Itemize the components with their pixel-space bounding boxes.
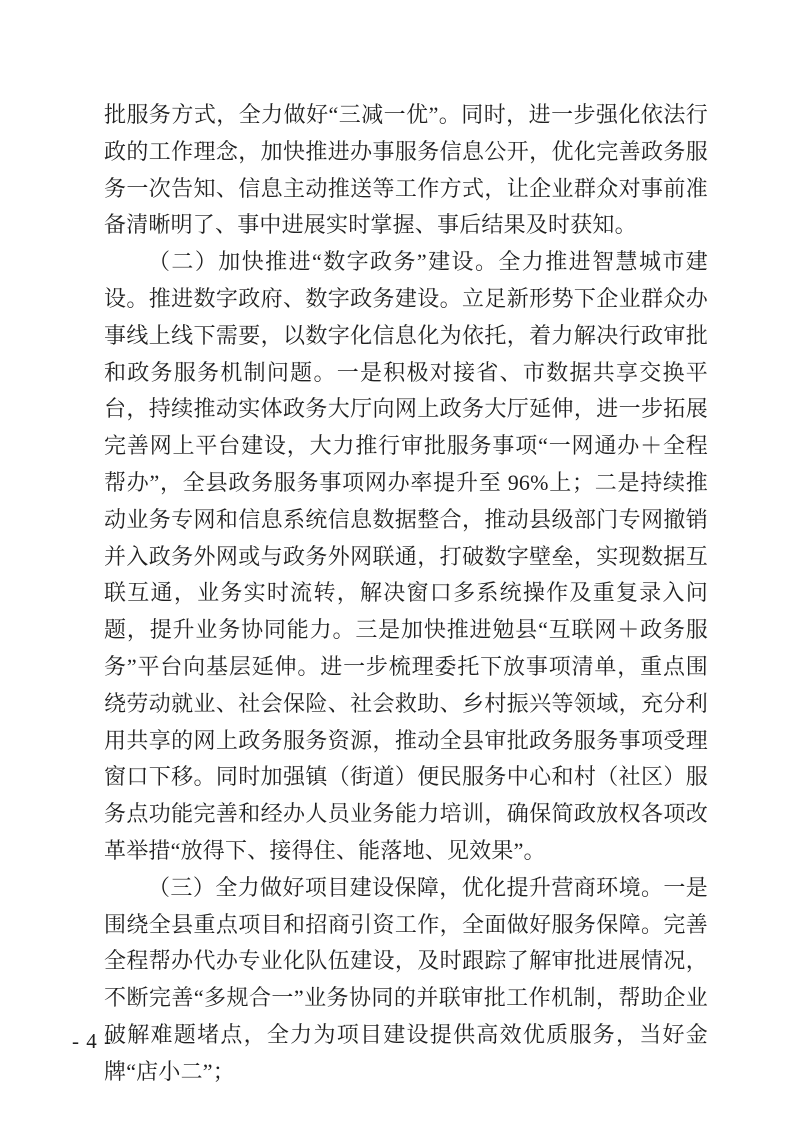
page-number: - 4 - <box>72 1029 112 1054</box>
paragraph-section-2: （二）加快推进“数字政务”建设。全力推进智慧城市建设。推进数字政府、数字政务建设… <box>104 244 708 870</box>
paragraph-continuation: 批服务方式，全力做好“三减一优”。同时，进一步强化依法行政的工作理念，加快推进办… <box>104 97 708 244</box>
document-body: 批服务方式，全力做好“三减一优”。同时，进一步强化依法行政的工作理念，加快推进办… <box>104 97 708 1091</box>
paragraph-section-3: （三）全力做好项目建设保障，优化提升营商环境。一是围绕全县重点项目和招商引资工作… <box>104 870 708 1091</box>
document-page: 批服务方式，全力做好“三减一优”。同时，进一步强化依法行政的工作理念，加快推进办… <box>0 0 793 1122</box>
